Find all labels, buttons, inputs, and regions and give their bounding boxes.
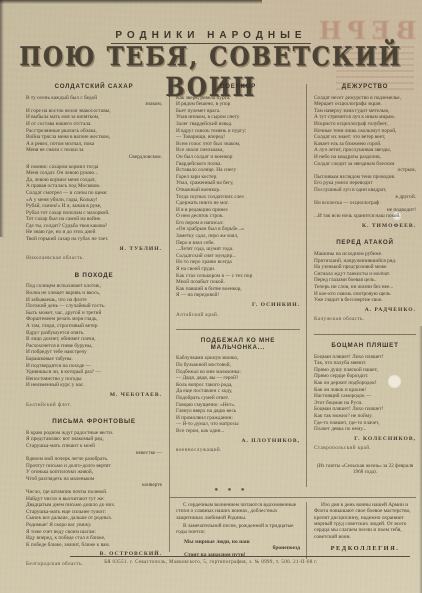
poem-line: У огонька коптилочки живой, [26,469,162,476]
poem-section: ПОДБЕЖАЛ КО МНЕ МАЛЬЧОНКА...Каблучками ц… [176,338,300,454]
poem-line: Послушный луч в один квадрат, [314,187,416,194]
scan-edge-shadow-top [0,0,262,4]
poem-line: ...Летят года, шумят года. [176,246,300,253]
poem-line: Отважный военкор. [176,187,300,194]
poem-line: Там наверху зима гудит метелью, [314,108,416,115]
poem-line: Подобрать сумей ответ. [176,395,300,402]
poem-line: Коль вопрос такого рода, [176,382,300,389]
section-separator-stars: * * * [170,487,293,495]
poem-line: Качает ель за ближнею горой. [314,141,416,148]
editorial-left: С сердечным волнением читаются вдохновен… [170,502,307,559]
poem-line: Я — на передовой! [176,292,300,299]
author-signature: Г. ОСИНКИН. [176,302,300,309]
poem-line: В лицо дохнет, обнимет плечи, [26,336,162,343]
poem-line: ...И так всю ночь хранится наш покой. [314,213,416,220]
poem-line: Боцман пляшет! Лихо пляшет! [314,406,416,413]
poem-line: Быть может, час, другой и третий [26,310,162,317]
poem-line: А тут стремится луч к иным мирам. [314,114,416,121]
author-location: Николаевская область. [26,255,162,262]
editorial-section: С сердечным волнением читаются вдохновен… [170,497,416,559]
poem-line: И промолвил гражданин: [176,415,300,422]
poem-line: Найдут число и высчитают тут же: [26,496,162,503]
source-note: (Из газеты «Сельская жизнь» за 22 феврал… [314,463,416,476]
column-mid-right-wrapper: ВОЕНКОРКак зверь, ревела пурга.И рядом б… [170,84,416,552]
imprint-line: БЯ 03551. г. Севастополь, Маяковского, 5… [0,560,422,565]
author-signature: В. ОСТРОВСКИЙ. [26,551,162,558]
poem-line: Сдержать никто не мог. [176,200,300,207]
poem-line: А там, гляди, строптивый ветер [26,323,162,330]
poem-line: Пытливым взглядом тени проводив. [314,174,416,181]
editorial-right: Изо дня в день воины нашей Армии и Флота… [307,502,416,559]
author-location: Ставропольский край. [314,445,416,452]
poem-line: Ни всплеска — осциллограф [314,200,416,207]
poem-line: И я в редакцию принес [176,207,300,214]
poem-line: Мной позабыт покой. [176,279,300,286]
poem-line: По булыжной мостовой, [176,362,300,369]
poem-line: Перо я взял себе. [176,240,300,247]
poem-line: Вставало солнце. На снегу [176,167,300,174]
poem-line: Все знали смельчака, [176,147,300,154]
poem-line: — Дядя, дядя, вы — герой? [176,375,300,382]
poem-line: Этот боцман на Руси. [314,400,416,407]
poem-line: Упал, сраженный на бегу, [176,180,300,187]
poem-line: Солдатский снят мундир... [176,253,300,260]
poem-line: Под солнцем вспыхивает клотик, [26,283,162,290]
section-title: ПЕРЕД АТАКОЙ [314,240,416,247]
poem-line: знаком, [26,101,162,108]
poem-line: Прямо сердце бороздит. [314,373,416,380]
section-title: В ПОХОДЕ [26,273,162,280]
author-signature: А. РАДЧЕНКО. [314,307,416,314]
poem-line: Старушка-мать спешит к моей [26,443,162,450]
section-title: ПИСЬМА ФРОНТОВЫЕ [26,419,162,426]
poem-line: Солдат следит за звездным блеском [314,161,416,168]
editorial-signature: РЕДКОЛЛЕГИЯ. [314,545,416,552]
poem-line: Все герои, как один... [176,428,300,435]
poem-line: Я представляю: вот знакомый ряд, [26,436,162,443]
poem-line: Твой горький сахар на губах не тает. [26,236,162,243]
poem-section: В ПОХОДЕПод солнцем вспыхивает клотик,Во… [26,273,162,408]
poem-line: Я помню: сахаром кормил тогда [26,164,162,171]
poem-line: Двадцатым днем письмо дошло до них. [26,502,162,509]
poem-line: Рубай, сынок!» И я, зажав в руке, [26,203,162,210]
poem-line: — Я-то думал, что матросы [176,421,300,428]
section-rule [314,334,416,335]
author-signature: К. ТИМОФЕЕВ. [314,223,416,230]
poem-section: (Из газеты «Сельская жизнь» за 22 феврал… [314,463,416,476]
editorial-paragraph: Изо дня в день воины нашей Армии и Флота… [314,502,416,540]
poem-line: Меня солдат. Он левою рукою... [26,170,162,177]
poem-section: ПЕРЕД АТАКОЙМашины на исходном рубеже.Пр… [314,240,416,323]
author-location: Калужская область. [314,316,416,323]
poem-line: Искристо осциллограф голубеет, [314,121,416,128]
poem-line: Родимые! Я скоро вас увижу. [26,522,162,529]
poem-line: Удивишься ли, в который раз? — [26,369,162,376]
author-signature: М. ЧЕБОТАЕВ. [26,392,162,399]
author-location: Алтайский край. [176,312,300,319]
author-signature: Я. ТУБЛИН. [26,246,162,253]
poem-line: Каблучками цокнув звонко, [176,355,300,362]
poem-line: Волна не хлещет вкривь и вкось, [26,290,162,297]
poem-line: Его рука умело переводит [314,180,416,187]
poem-line: Говорю смущенно: «Нет». [176,402,300,409]
poem-line: Солдат их знает: это ветер веет, [314,134,416,141]
poem-line: Меня не сняли с полки за [26,147,162,154]
poem-line: Гвардейского полка. [176,161,300,168]
author-signature: А. ПЛОТНИКОВ, [176,438,300,445]
poem-line: Число, где штампик почты полевой. [26,489,162,496]
section-rule [176,329,300,330]
poem-line: Я на своей груди. [176,266,300,273]
poem-line: Иду вперед, к победе стал я ближе, [26,535,162,542]
poem-line: И вдруг сквозь темень и пургу: [176,128,300,135]
poem-line: острым, [314,167,416,174]
footer-rule [70,556,410,557]
poem-section: СОЛДАТСКИЙ САХАРВ ту осень каждый был с … [26,84,162,262]
section-title: ПОДБЕЖАЛ КО МНЕ МАЛЬЧОНКА... [176,338,300,351]
section-title: БОЦМАН ПЛЯШЕТ [314,343,416,350]
section-title: ДЕЖУРСТВО [314,84,416,91]
poem-line: Как так можно? не пойму. [314,413,416,420]
poem-line: Ночные тени лишь скользнут порой, [314,128,416,135]
poem-line: Глянул вверх на дядю весь [176,408,300,415]
poem-line: И неизменный курс у нас. [26,382,162,389]
poem-line: Мерцает осциллографа экран. [314,101,416,108]
poem-line: — Товарищи, вперед! [176,134,300,141]
poem-line: Война трясла меня в вагоне жестком, [26,134,162,141]
poem-line: Упав ничком, в сыром снегу [176,114,300,121]
poem-line: А луч летит, прослушивая звезды, [314,147,416,154]
poem-line: Всем голос этот был знаком, [176,141,300,148]
author-signature: Г. КОЛЕСНИКОВ, [314,436,416,443]
poem-line: Барашковые табуны. [26,356,162,363]
poem-line: Так, что палуба звенит. [314,360,416,367]
editorial-paragraphs: С сердечным волнением читаются вдохновен… [176,502,300,536]
poem-line: Чтоб разглядеть на маленьком [26,476,162,483]
poem-section: ВОЕНКОРКак зверь, ревела пурга.И рядом б… [176,84,300,318]
poem-line: Плачет девка по нему... [314,426,416,433]
poem-line: И побредут тебе навстречу [26,349,162,356]
poem-line: Солдат смотрел — и слезы по щеке: [26,190,162,197]
poem-line: Да еще поставлен с ходу, [176,388,300,395]
author-location: Балтийский флот. [26,402,162,409]
poem-line: «Он храбрым был в борьбе...» [176,226,300,233]
poem-line: На узенькой предгрозовой меже [314,264,416,271]
author-location: военнослужащий. [176,447,300,454]
column-left: СОЛДАТСКИЙ САХАРВ ту осень каждый был с … [26,84,170,552]
newspaper-page: ВЕРН РОДНИКИ НАРОДНЫЕ ПОЮ ТЕБЯ, СОВЕТСКИ… [0,0,422,593]
poem-section: ДЕЖУРСТВОСолдат несет дежурство в подзем… [314,84,416,229]
poem-line: Теперь ни слов, ни жизни без нее... [314,284,416,291]
poem-line: И выбыла мать моя за кипятком, [26,114,162,121]
section-title: ВОЕНКОР [176,84,300,91]
poem-line: Он был солдат и военкор [176,154,300,161]
poem-line: Да, левою кормил меня солдат, [26,177,162,184]
poem-line: Погожий день — случайный гость. [26,303,162,310]
poem-section: БОЦМАН ПЛЯШЕТБоцман пляшет! Лихо пляшет!… [314,343,416,452]
poem-line: бронепоезд [184,545,300,552]
poem-line: Тот сахар был на самой на войне. [26,216,162,223]
poem-line: Старушка-мать еще сильнее тужит: [26,509,162,516]
poem-line: Залег гвардейский взвод. [176,121,300,128]
poem-line: А я ревел, потом молчал, пока [26,141,162,148]
poem-line: Вдвоем мой почерк легче разобрать. [26,456,162,463]
poem-line: И рядом бешено, в упор [176,101,300,108]
section-title: СОЛДАТСКИЙ САХАР [26,84,162,91]
column-middle: ВОЕНКОРКак зверь, ревела пурга.И рядом б… [170,84,307,487]
poem-line: Заметку сдал, перо же взял, [176,233,300,240]
poem-line: Настоящий самородок — [314,393,416,400]
column-right: ДЕЖУРСТВОСолдат несет дежурство в подзем… [307,84,416,487]
poem-line: Уже глядит в бессмертие свое. [314,297,416,304]
poem-line: И небо на квадраты разделив, [314,154,416,161]
poem-line: Где-то пляшет, где-то плачет, [314,420,416,427]
poem-line: В ту осень каждый был с бедой [26,95,162,102]
poem-line: А правая осталась под Москвою. [26,183,162,190]
poem-line: Машины на исходном рубеже. [314,251,416,258]
poem-line: О нем десяток строк. [176,213,300,220]
poem-line: Форштевнем резать моря гладь, [26,316,162,323]
editorial-paragraph: В замечательной песне, рожденной в тридц… [176,523,300,536]
poem-line: И от состава нашего отстала. [26,121,162,128]
poem-line: Свердловском. [26,154,162,161]
poem-line: Как он держит подбородок! [314,380,416,387]
editorial-paragraph: С сердечным волнением читаются вдохновен… [176,502,300,521]
mid-right-row: ВОЕНКОРКак зверь, ревела пурга.И рядом б… [170,84,416,487]
poem-line: Тогда скупых солдатских слез [176,194,300,201]
poem-line: К победе ближе, значит, ближе к вам. [26,542,162,549]
poem-section: ПИСЬМА ФРОНТОВЫЕВ краю родном ждут радос… [26,419,162,567]
columns: СОЛДАТСКИЙ САХАРВ ту осень каждый был с … [26,84,416,552]
poem-line: Бьет пулемет врага. [176,108,300,115]
poem-line: Сынок все дальше, дальше от родных. [26,515,162,522]
